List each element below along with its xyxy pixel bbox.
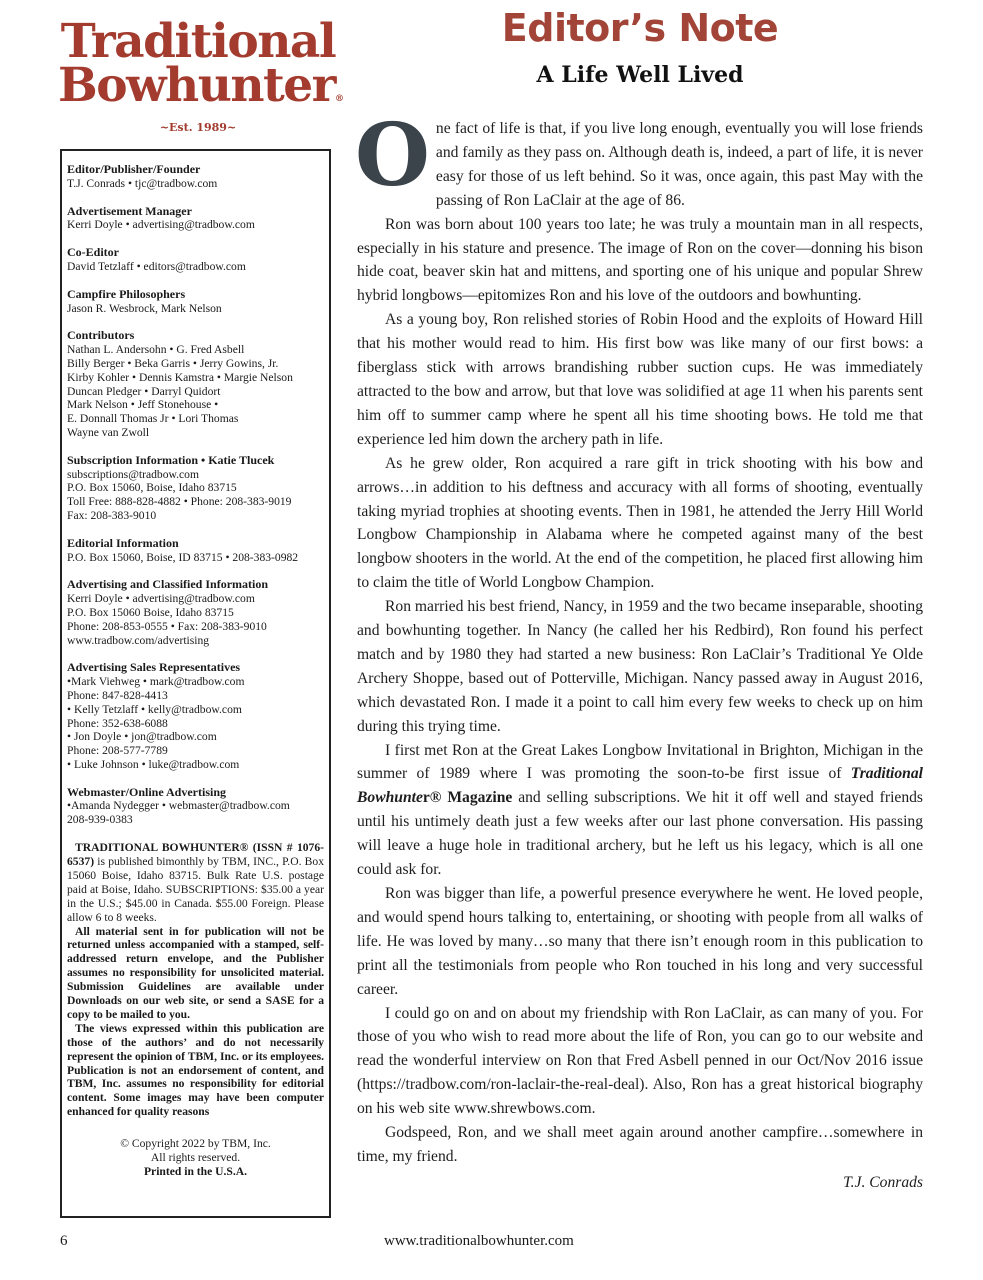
paragraph-9: Godspeed, Ron, and we shall meet again a… xyxy=(357,1121,923,1169)
paragraph-8: I could go on and on about my friendship… xyxy=(357,1002,923,1122)
article-subtitle: A Life Well Lived xyxy=(360,62,920,88)
masthead-section-heading: Advertising Sales Representatives xyxy=(67,661,324,675)
masthead-section-line: Mark Nelson • Jeff Stonehouse • xyxy=(67,398,324,412)
logo-line-bowhunter: Bowhunter xyxy=(58,58,335,113)
masthead-section: Editor/Publisher/FounderT.J. Conrads • t… xyxy=(67,163,324,191)
masthead-section: Advertising and Classified InformationKe… xyxy=(67,578,324,647)
masthead-section-line: subscriptions@tradbow.com xyxy=(67,468,324,482)
masthead-section-heading: Advertising and Classified Information xyxy=(67,578,324,592)
drop-cap: O xyxy=(355,121,430,191)
masthead-section-line: E. Donnall Thomas Jr • Lori Thomas xyxy=(67,412,324,426)
magazine-logo: Traditional Bowhunter® ~Est. 1989~ xyxy=(58,20,338,135)
masthead-section-line: Fax: 208-383-9010 xyxy=(67,509,324,523)
masthead-section-line: • Luke Johnson • luke@tradbow.com xyxy=(67,758,324,772)
masthead-section: ContributorsNathan L. Andersohn • G. Fre… xyxy=(67,329,324,439)
masthead-section-line: P.O. Box 15060, Boise, ID 83715 • 208-38… xyxy=(67,551,324,565)
masthead-section-line: 208-939-0383 xyxy=(67,813,324,827)
masthead-section-line: Kerri Doyle • advertising@tradbow.com xyxy=(67,592,324,606)
publication-notice-text: is published bimonthly by TBM, INC., P.O… xyxy=(67,855,324,924)
paragraph-3: As a young boy, Ron relished stories of … xyxy=(357,308,923,451)
masthead-section-heading: Co-Editor xyxy=(67,246,324,260)
masthead-section: Campfire PhilosophersJason R. Wesbrock, … xyxy=(67,288,324,316)
masthead-sections: Editor/Publisher/FounderT.J. Conrads • t… xyxy=(67,163,324,827)
masthead-section-line: Duncan Pledger • Darryl Quidort xyxy=(67,385,324,399)
views-notice: The views expressed within this publicat… xyxy=(67,1022,324,1119)
masthead-section-line: www.tradbow.com/advertising xyxy=(67,634,324,648)
page-title: Editor’s Note xyxy=(360,6,920,50)
masthead-section-line: • Jon Doyle • jon@tradbow.com xyxy=(67,730,324,744)
masthead-section-line: T.J. Conrads • tjc@tradbow.com xyxy=(67,177,324,191)
paragraph-4: As he grew older, Ron acquired a rare gi… xyxy=(357,452,923,595)
masthead-section-line: Phone: 847-828-4413 xyxy=(67,689,324,703)
masthead-section-line: Kerri Doyle • advertising@tradbow.com xyxy=(67,218,324,232)
material-notice: All material sent in for publication wil… xyxy=(67,925,324,1022)
magazine-word: Magazine xyxy=(447,789,512,806)
masthead-section-line: •Amanda Nydegger • webmaster@tradbow.com xyxy=(67,799,324,813)
masthead-section-line: Phone: 352-638-6088 xyxy=(67,717,324,731)
masthead-section: Advertising Sales Representatives•Mark V… xyxy=(67,661,324,771)
masthead-section: Co-EditorDavid Tetzlaff • editors@tradbo… xyxy=(67,246,324,274)
masthead-section-line: P.O. Box 15060 Boise, Idaho 83715 xyxy=(67,606,324,620)
masthead-section-line: Kirby Kohler • Dennis Kamstra • Margie N… xyxy=(67,371,324,385)
masthead-section: Editorial InformationP.O. Box 15060, Boi… xyxy=(67,537,324,565)
masthead-section-line: P.O. Box 15060, Boise, Idaho 83715 xyxy=(67,481,324,495)
masthead-section: Webmaster/Online Advertising•Amanda Nyde… xyxy=(67,786,324,827)
masthead-section-line: Billy Berger • Beka Garris • Jerry Gowin… xyxy=(67,357,324,371)
copyright-line: © Copyright 2022 by TBM, Inc. xyxy=(67,1137,324,1151)
paragraph-7: Ron was bigger than life, a powerful pre… xyxy=(357,882,923,1002)
paragraph-6: I first met Ron at the Great Lakes Longb… xyxy=(357,739,923,882)
masthead-box: Editor/Publisher/FounderT.J. Conrads • t… xyxy=(60,149,331,1218)
article-body: One fact of life is that, if you live lo… xyxy=(357,117,923,1195)
page-number: 6 xyxy=(60,1233,68,1250)
masthead-section: Advertisement ManagerKerri Doyle • adver… xyxy=(67,205,324,233)
copyright-block: © Copyright 2022 by TBM, Inc. All rights… xyxy=(67,1137,324,1179)
publication-notice: TRADITIONAL BOWHUNTER® (ISSN # 1076-6537… xyxy=(67,841,324,924)
footer-website-link[interactable]: www.traditionalbowhunter.com xyxy=(384,1233,574,1250)
masthead-section-heading: Webmaster/Online Advertising xyxy=(67,786,324,800)
masthead-section-heading: Subscription Information • Katie Tlucek xyxy=(67,454,324,468)
masthead-section-line: Toll Free: 888-828-4882 • Phone: 208-383… xyxy=(67,495,324,509)
masthead-section-heading: Editor/Publisher/Founder xyxy=(67,163,324,177)
masthead-section-line: Jason R. Wesbrock, Mark Nelson xyxy=(67,302,324,316)
masthead-section-line: Phone: 208-853-0555 • Fax: 208-383-9010 xyxy=(67,620,324,634)
registered-mark: ® xyxy=(335,94,344,104)
magazine-name-mark: r® xyxy=(423,789,447,806)
paragraph-1: One fact of life is that, if you live lo… xyxy=(357,117,923,213)
paragraph-6-start: I first met Ron at the Great Lakes Longb… xyxy=(357,742,923,783)
masthead-section: Subscription Information • Katie Tluceks… xyxy=(67,454,324,523)
paragraph-1-text: ne fact of life is that, if you live lon… xyxy=(436,120,923,209)
masthead-section-line: Wayne van Zwoll xyxy=(67,426,324,440)
masthead-section-line: •Mark Viehweg • mark@tradbow.com xyxy=(67,675,324,689)
author-signature: T.J. Conrads xyxy=(357,1171,923,1195)
masthead-section-line: • Kelly Tetzlaff • kelly@tradbow.com xyxy=(67,703,324,717)
masthead-section-line: Nathan L. Andersohn • G. Fred Asbell xyxy=(67,343,324,357)
paragraph-5: Ron married his best friend, Nancy, in 1… xyxy=(357,595,923,738)
masthead-section-line: David Tetzlaff • editors@tradbow.com xyxy=(67,260,324,274)
printed-line: Printed in the U.S.A. xyxy=(67,1165,324,1179)
masthead-section-heading: Campfire Philosophers xyxy=(67,288,324,302)
logo-established: ~Est. 1989~ xyxy=(58,121,338,135)
masthead-section-heading: Contributors xyxy=(67,329,324,343)
logo-line-bowhunter-wrap: Bowhunter® xyxy=(58,64,338,121)
masthead-section-line: Phone: 208-577-7789 xyxy=(67,744,324,758)
masthead-section-heading: Advertisement Manager xyxy=(67,205,324,219)
masthead-section-heading: Editorial Information xyxy=(67,537,324,551)
rights-line: All rights reserved. xyxy=(67,1151,324,1165)
paragraph-2: Ron was born about 100 years too late; h… xyxy=(357,213,923,309)
